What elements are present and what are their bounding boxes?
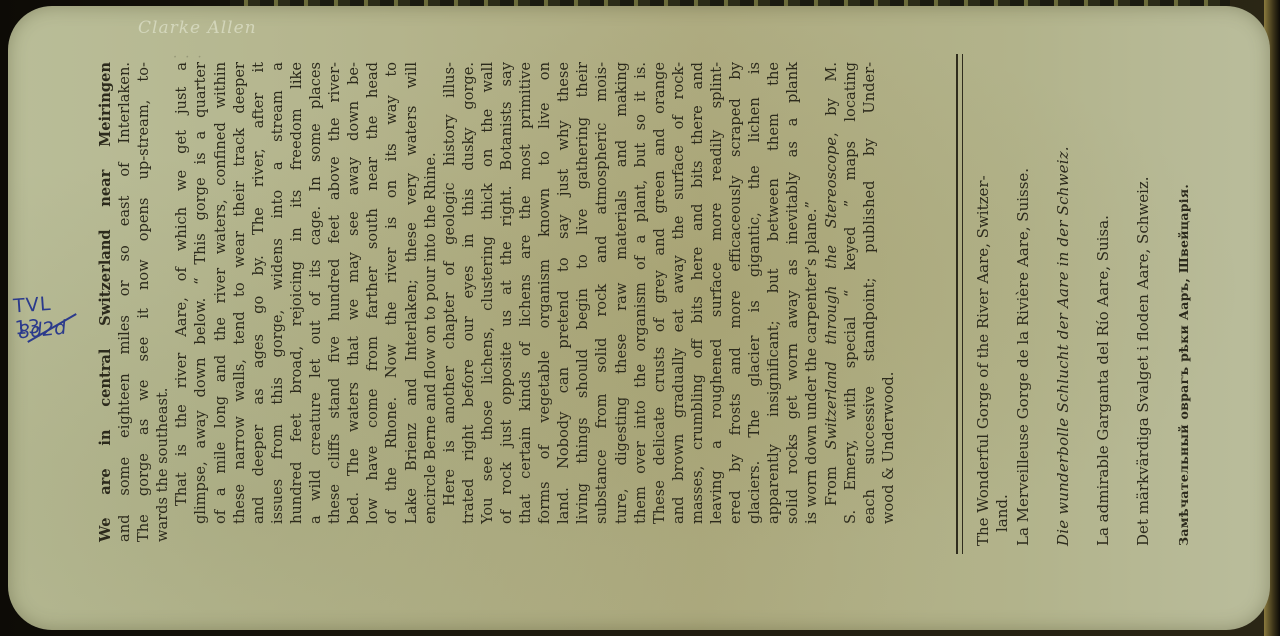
text-line: bed. The waters that we may see away dow… xyxy=(344,62,363,542)
text-line: issues from this gorge, widens into a st… xyxy=(268,62,287,542)
text-line: is worn down under the carpenter’s plane… xyxy=(802,62,821,542)
text-line: These delicate crusts of grey and green … xyxy=(650,62,669,542)
title-english: The Wonderful Gorge of the River Aare, S… xyxy=(974,46,1012,546)
description-text: We are in central Switzerland near Meiri… xyxy=(96,62,898,542)
text-line: land. Nobody can pretend to say just why… xyxy=(554,62,573,542)
text-line: wards the southeast. xyxy=(153,62,172,542)
text-line: a wild creature let out of its cage. In … xyxy=(306,62,325,542)
text-line: Here is another chapter of geologic hist… xyxy=(440,62,459,542)
text-line: That is the river Aare, of which we get … xyxy=(172,62,191,542)
text-line: and some eighteen miles or so east of In… xyxy=(115,62,134,542)
text-line: masses, crumbling off bits here and bits… xyxy=(688,62,707,542)
title-english-continuation: land. xyxy=(993,46,1012,546)
text-line: substance from solid rock and atmospheri… xyxy=(592,62,611,542)
text-line: The gorge as we see it now opens up-stre… xyxy=(134,62,153,542)
text-line: low have come from farther south near th… xyxy=(363,62,382,542)
text-line: apparently insignificant; but between th… xyxy=(764,62,783,542)
text-line: these cliffs stand five hundred feet abo… xyxy=(325,62,344,542)
text-line: leaving a roughened surface more readily… xyxy=(707,62,726,542)
text-line: solid rocks get worn away as inevitably … xyxy=(783,62,802,542)
text-line: S. Emery, with special “ keyed ” maps lo… xyxy=(841,62,860,542)
text-line: and deeper as ages go by. The river, aft… xyxy=(249,62,268,542)
title-swedish: Det märkvärdiga Svalget i floden Aare, S… xyxy=(1134,46,1153,546)
text-line: wood & Underwood. xyxy=(879,62,898,542)
text-line: ture, digesting these raw materials and … xyxy=(612,62,631,542)
text-line: We are in central Switzerland near Meiri… xyxy=(96,62,115,542)
text-line: of the Rhone. Now the river is on its wa… xyxy=(382,62,401,542)
title-russian: Замѣчательный оврагъ рѣки Ааръ, Швейцарі… xyxy=(1174,46,1193,546)
stereoview-card-back: Clarke Allen · · · TVL 13 8d2d We are in… xyxy=(8,6,1270,630)
text-line: each successive standpoint; published by… xyxy=(860,62,879,542)
photo-stage: Clarke Allen · · · TVL 13 8d2d We are in… xyxy=(0,0,1280,636)
paragraph-lichens: Here is another chapter of geologic hist… xyxy=(440,62,822,542)
text-line: encircle Berne and flow on to pour into … xyxy=(421,62,440,542)
text-line: glaciers. The glacier is gigantic, the l… xyxy=(745,62,764,542)
text-line: You see those lichens, clustering thick … xyxy=(478,62,497,542)
text-line: these narrow walls, tend to wear their t… xyxy=(230,62,249,542)
paragraph-credit: From Switzerland through the Stereoscope… xyxy=(822,62,898,542)
text-line: that certain kinds of lichens are the mo… xyxy=(516,62,535,542)
text-line: glimpse, away down below. “ This gorge i… xyxy=(191,62,210,542)
title-german: Die wunderbolle Schlucht der Aare in der… xyxy=(1054,46,1073,546)
text-line: trated right before our eyes in this dus… xyxy=(459,62,478,542)
text-line: and brown gradually eat away the surface… xyxy=(669,62,688,542)
title-french: La Merveilleuse Gorge de la Rivière Aare… xyxy=(1014,46,1033,546)
text-line: Lake Brienz and Interlaken; these very w… xyxy=(402,62,421,542)
text-line: hundred feet broad, rejoicing in its fre… xyxy=(287,62,306,542)
multilingual-titles: The Wonderful Gorge of the River Aare, S… xyxy=(974,46,1214,546)
text-line: forms of vegetable organism known to liv… xyxy=(535,62,554,542)
credit-by: , by M. xyxy=(823,62,840,137)
text-line: of rock just opposite us at the right. B… xyxy=(497,62,516,542)
book-title: Switzerland through the Stereoscope xyxy=(823,137,840,450)
text-line: ered by frosts and more efficaceously sc… xyxy=(726,62,745,542)
title-spanish: La admirable Garganta del Río Aare, Suis… xyxy=(1094,46,1113,546)
text-line: them over into the organism of a plant, … xyxy=(631,62,650,542)
rotated-text-block: We are in central Switzerland near Meiri… xyxy=(8,6,1270,630)
credit-line: From Switzerland through the Stereoscope… xyxy=(822,62,841,542)
text-line: living things should begin to live gathe… xyxy=(573,62,592,542)
text-line: of a mile long and the river waters, con… xyxy=(211,62,230,542)
paragraph-river: That is the river Aare, of which we get … xyxy=(172,62,439,542)
credit-from: From xyxy=(823,450,840,506)
title-english-text: The Wonderful Gorge of the River Aare, S… xyxy=(974,175,992,546)
paragraph-location: We are in central Switzerland near Meiri… xyxy=(96,62,172,542)
double-rule-divider xyxy=(956,54,963,554)
